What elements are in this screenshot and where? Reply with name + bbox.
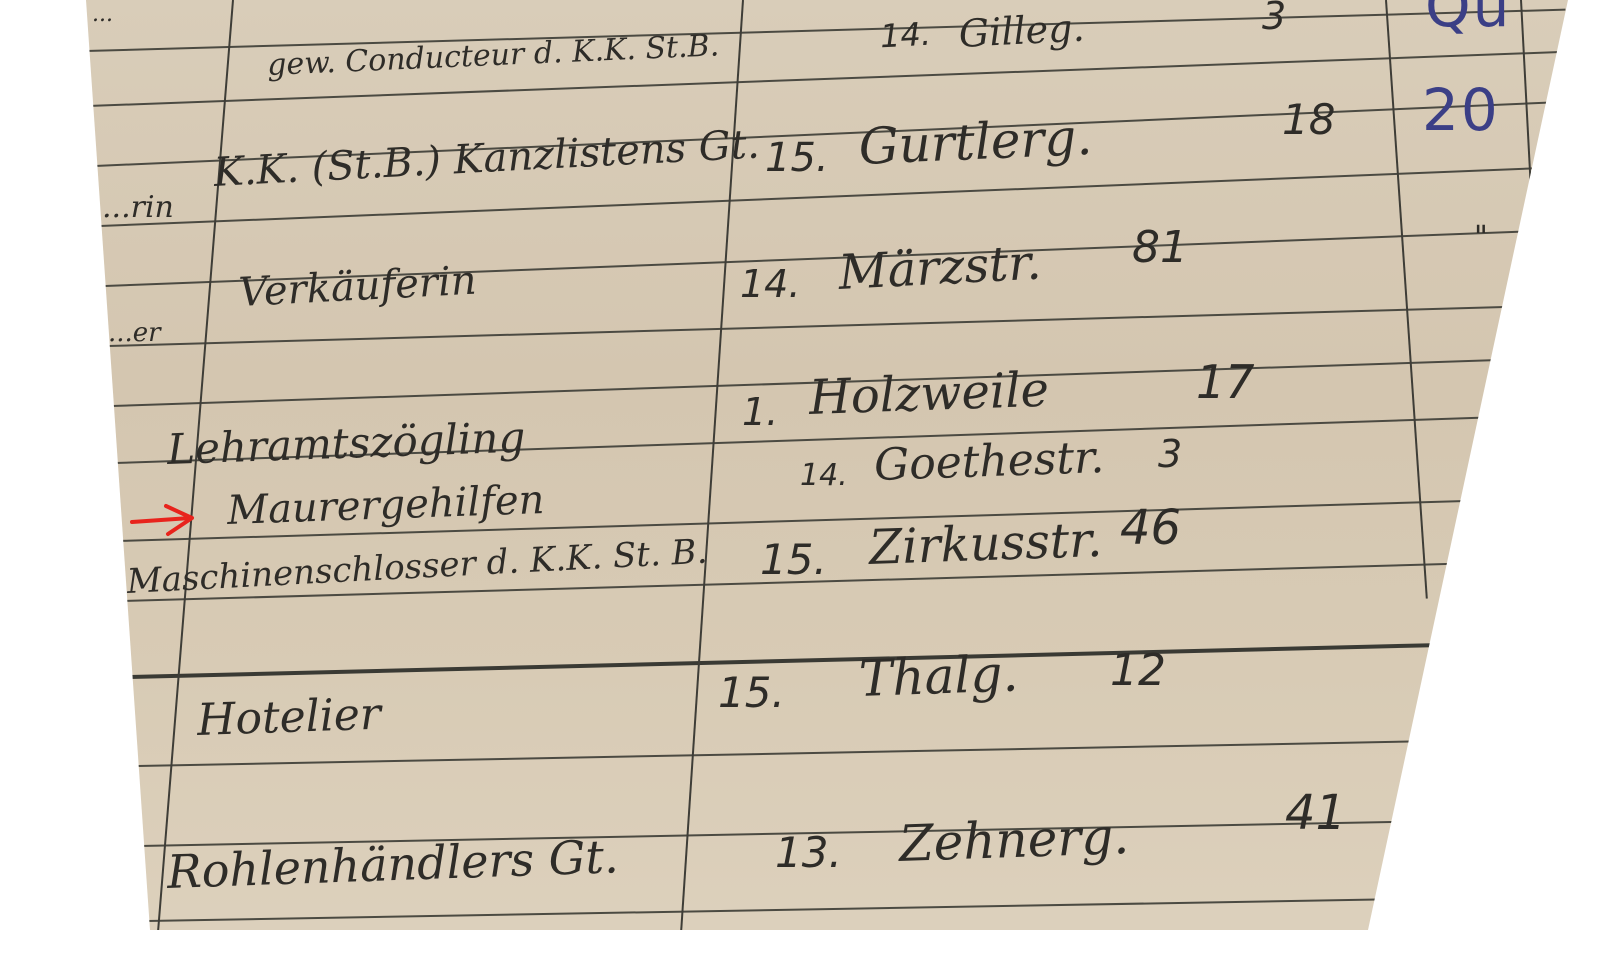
number-cell: 41 <box>1285 785 1346 841</box>
day-cell: 15. <box>765 135 829 181</box>
day-cell: 14. <box>740 262 800 306</box>
number-cell: 3 <box>1158 432 1182 476</box>
number-cell: 3 <box>1262 0 1286 38</box>
occupation-cell: Rohlenhändlers Gt. <box>166 829 619 899</box>
occupation-cell: Hotelier <box>196 689 381 746</box>
stamp-number: 20 <box>1422 76 1500 144</box>
number-cell: 12 <box>1110 645 1166 696</box>
day-cell: 14. <box>800 458 848 493</box>
margin-fragment: ...er <box>108 318 161 348</box>
ditto-mark: " <box>1474 220 1488 255</box>
column-line <box>1520 0 1536 260</box>
rule-line <box>135 739 1505 767</box>
paper-sheet: ... ...rin ...er Qu gew. Conducteur d. K… <box>0 0 1600 960</box>
number-cell: 81 <box>1132 222 1188 273</box>
occupation-cell: gew. Conducteur d. K.K. St.B. <box>266 28 719 83</box>
street-cell: Goethestr. <box>873 432 1105 491</box>
street-cell: Zehnerg. <box>898 807 1130 873</box>
number-cell: 18 <box>1282 95 1335 144</box>
day-cell: 15. <box>718 668 785 717</box>
occupation-cell: Lehramtszögling <box>166 413 526 474</box>
stamp-number: Qu <box>1425 0 1511 40</box>
number-cell: 46 <box>1120 500 1181 556</box>
rule-line <box>145 896 1495 922</box>
street-cell: Holzweile <box>808 362 1050 426</box>
day-cell: 1. <box>742 390 778 434</box>
street-cell: Gilleg. <box>958 5 1086 56</box>
number-cell: 17 <box>1196 355 1255 409</box>
occupation-cell: K.K. (St.B.) Kanzlistens Gt. <box>213 121 761 196</box>
margin-fragment: ...rin <box>102 190 174 225</box>
occupation-cell: Verkäuferin <box>238 258 478 316</box>
red-arrow-icon <box>130 500 200 540</box>
street-cell: Gurtlerg. <box>857 108 1093 176</box>
street-cell: Zirkusstr. <box>868 512 1103 576</box>
day-cell: 15. <box>760 535 827 584</box>
day-cell: 13. <box>775 828 842 877</box>
day-cell: 14. <box>879 15 932 56</box>
rule-line-thick <box>130 641 1510 679</box>
register-page-photo: ... ...rin ...er Qu gew. Conducteur d. K… <box>0 0 1600 960</box>
street-cell: Märzstr. <box>837 234 1043 301</box>
street-cell: Thalg. <box>858 644 1019 708</box>
occupation-cell-marked: Maurergehilfen <box>226 477 545 534</box>
margin-fragment: ... <box>92 2 113 27</box>
